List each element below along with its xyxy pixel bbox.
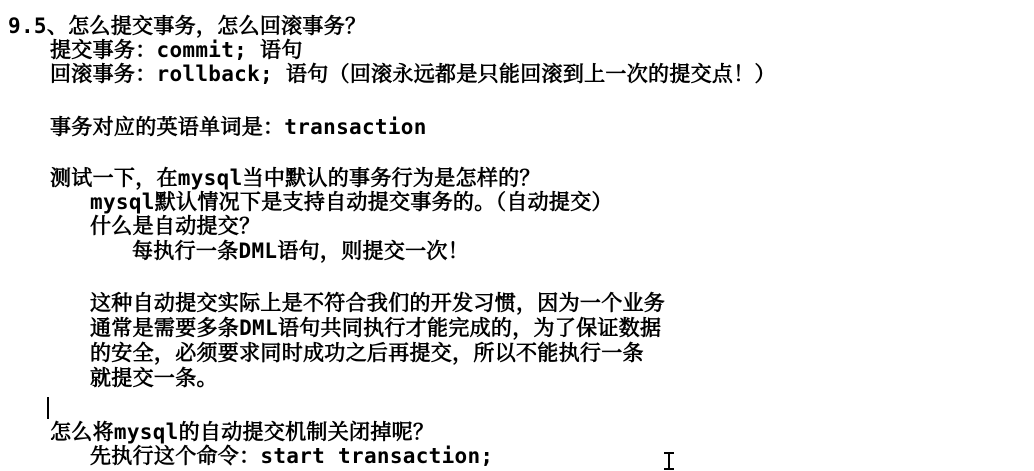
transaction-word-line: 事务对应的英语单词是：transaction: [50, 115, 427, 139]
i-beam-cursor-icon: [664, 452, 674, 470]
disable-autocommit-question-line: 怎么将mysql的自动提交机制关闭掉呢？: [50, 420, 434, 444]
what-is-autocommit-line: 什么是自动提交？: [90, 214, 260, 238]
section-heading: 9.5、怎么提交事务，怎么回滚事务？: [8, 14, 366, 38]
autocommit-default-line: mysql默认情况下是支持自动提交事务的。（自动提交）: [90, 190, 613, 214]
paragraph-line-3: 的安全，必须要求同时成功之后再提交，所以不能执行一条: [90, 341, 644, 365]
commit-line: 提交事务：commit; 语句: [50, 38, 303, 62]
paragraph-line-1: 这种自动提交实际上是不符合我们的开发习惯，因为一个业务: [90, 291, 665, 315]
document-page[interactable]: 9.5、怎么提交事务，怎么回滚事务？ 提交事务：commit; 语句 回滚事务：…: [0, 0, 1034, 471]
paragraph-line-4: 就提交一条。: [90, 366, 218, 390]
text-caret: [47, 397, 49, 419]
test-question-line: 测试一下，在mysql当中默认的事务行为是怎样的？: [50, 166, 541, 190]
autocommit-definition-line: 每执行一条DML语句，则提交一次！: [132, 239, 469, 263]
rollback-line: 回滚事务：rollback; 语句（回滚永远都是只能回滚到上一次的提交点！）: [50, 62, 776, 86]
start-transaction-line: 先执行这个命令：start transaction;: [90, 444, 493, 468]
paragraph-line-2: 通常是需要多条DML语句共同执行才能完成的，为了保证数据: [90, 316, 661, 340]
